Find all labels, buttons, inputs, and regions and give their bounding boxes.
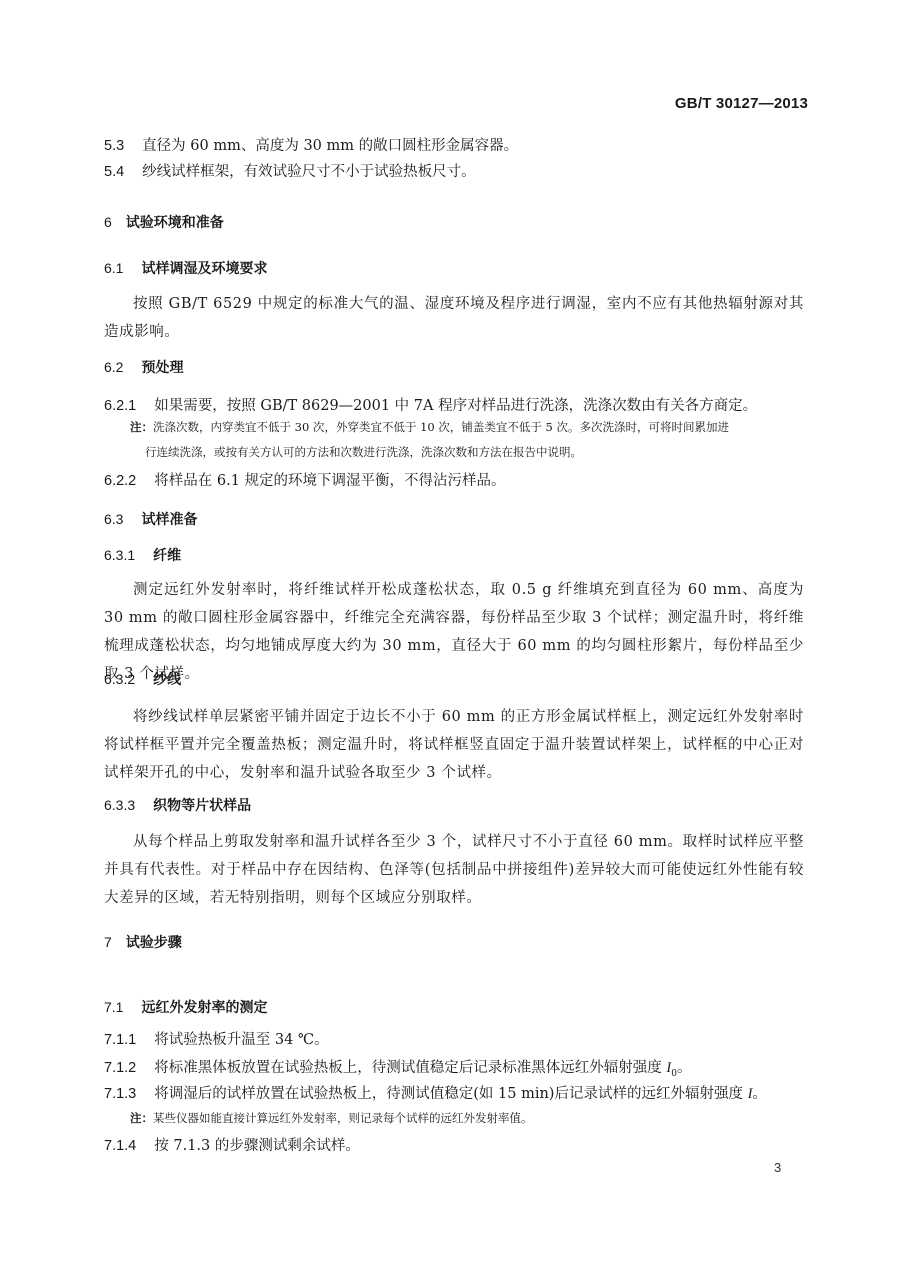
section-number: 6.1 [104, 258, 123, 278]
clause-end: 。 [677, 1060, 692, 1076]
section-6-3-3-body: 从每个样品上剪取发射率和温升试样各至少 3 个，试样尺寸不小于直径 60 mm。… [104, 828, 804, 912]
clause-text: 将试验热板升温至 34 ℃。 [154, 1032, 328, 1048]
clause-7-1-3: 7.1.3将调湿后的试样放置在试验热板上，待测试值稳定(如 15 min)后记录… [104, 1084, 767, 1104]
section-number: 6.3.1 [104, 545, 135, 565]
clause-end: 。 [752, 1086, 767, 1102]
section-title: 织物等片状样品 [153, 798, 251, 814]
section-6-heading: 6试验环境和准备 [104, 212, 224, 233]
section-title: 预处理 [141, 360, 183, 376]
section-number: 6.3.3 [104, 795, 135, 815]
page-number: 3 [774, 1160, 781, 1175]
clause-text: 按 7.1.3 的步骤测试剩余试样。 [154, 1138, 360, 1154]
section-title: 纤维 [153, 548, 181, 564]
note-6-2-1-continued: 行连续洗涤，或按有关方认可的方法和次数进行洗涤，洗涤次数和方法在报告中说明。 [145, 441, 582, 464]
section-6-3-1-body: 测定远红外发射率时，将纤维试样开松成蓬松状态，取 0.5 g 纤维填充到直径为 … [104, 576, 804, 688]
section-number: 6.3 [104, 509, 123, 529]
clause-text: 如果需要，按照 GB/T 8629—2001 中 7A 程序对样品进行洗涤，洗涤… [154, 398, 757, 414]
clause-5-4: 5.4纱线试样框架，有效试验尺寸不小于试验热板尺寸。 [104, 162, 476, 182]
note-text: 某些仪器如能直接计算远红外发射率，则记录每个试样的远红外发射率值。 [153, 1111, 533, 1125]
clause-number: 7.1.2 [104, 1058, 136, 1078]
section-title: 试样调湿及环境要求 [141, 261, 267, 277]
section-number: 7 [104, 932, 112, 952]
section-6-1-heading: 6.1试样调湿及环境要求 [104, 258, 267, 279]
section-6-1-body: 按照 GB/T 6529 中规定的标准大气的温、湿度环境及程序进行调湿，室内不应… [104, 290, 804, 346]
section-6-3-3-heading: 6.3.3织物等片状样品 [104, 795, 251, 816]
clause-number: 6.2.1 [104, 396, 136, 416]
clause-7-1-1: 7.1.1将试验热板升温至 34 ℃。 [104, 1030, 329, 1050]
clause-6-2-1: 6.2.1如果需要，按照 GB/T 8629—2001 中 7A 程序对样品进行… [104, 396, 757, 416]
section-title: 纱线 [153, 672, 181, 688]
clause-text: 将标准黑体板放置在试验热板上，待测试值稳定后记录标准黑体远红外辐射强度 [154, 1060, 666, 1076]
note-label: 注： [130, 420, 153, 434]
clause-number: 5.4 [104, 162, 124, 182]
clause-number: 7.1.3 [104, 1084, 136, 1104]
clause-5-3: 5.3直径为 60 mm、高度为 30 mm 的敞口圆柱形金属容器。 [104, 136, 518, 156]
standard-header: GB/T 30127—2013 [675, 95, 808, 112]
section-number: 6 [104, 212, 112, 232]
clause-7-1-4: 7.1.4按 7.1.3 的步骤测试剩余试样。 [104, 1136, 360, 1156]
section-number: 6.2 [104, 357, 123, 377]
section-6-3-heading: 6.3试样准备 [104, 509, 197, 530]
note-7-1-3: 注：某些仪器如能直接计算远红外发射率，则记录每个试样的远红外发射率值。 [130, 1107, 533, 1130]
note-6-2-1: 注：洗涤次数，内穿类宜不低于 30 次，外穿类宜不低于 10 次，铺盖类宜不低于… [130, 416, 729, 439]
clause-number: 5.3 [104, 136, 124, 156]
section-title: 试验步骤 [126, 935, 182, 951]
note-text: 洗涤次数，内穿类宜不低于 30 次，外穿类宜不低于 10 次，铺盖类宜不低于 5… [153, 420, 729, 434]
section-number: 6.3.2 [104, 669, 135, 689]
section-title: 试验环境和准备 [126, 215, 224, 231]
clause-text: 将样品在 6.1 规定的环境下调湿平衡，不得沾污样品。 [154, 473, 505, 489]
section-title: 远红外发射率的测定 [141, 1000, 267, 1016]
section-number: 7.1 [104, 997, 123, 1017]
section-6-2-heading: 6.2预处理 [104, 357, 183, 378]
clause-number: 6.2.2 [104, 471, 136, 491]
clause-6-2-2: 6.2.2将样品在 6.1 规定的环境下调湿平衡，不得沾污样品。 [104, 471, 506, 491]
clause-number: 7.1.4 [104, 1136, 136, 1156]
section-6-3-2-body: 将纱线试样单层紧密平铺并固定于边长不小于 60 mm 的正方形金属试样框上，测定… [104, 703, 804, 787]
clause-number: 7.1.1 [104, 1030, 136, 1050]
clause-text: 将调湿后的试样放置在试验热板上，待测试值稳定(如 15 min)后记录试样的远红… [154, 1086, 747, 1102]
note-label: 注： [130, 1111, 153, 1125]
section-6-3-1-heading: 6.3.1纤维 [104, 545, 181, 566]
section-7-1-heading: 7.1远红外发射率的测定 [104, 997, 267, 1018]
clause-text: 纱线试样框架，有效试验尺寸不小于试验热板尺寸。 [142, 164, 476, 180]
section-title: 试样准备 [141, 512, 197, 528]
clause-7-1-2: 7.1.2将标准黑体板放置在试验热板上，待测试值稳定后记录标准黑体远红外辐射强度… [104, 1058, 691, 1084]
clause-text: 直径为 60 mm、高度为 30 mm 的敞口圆柱形金属容器。 [142, 138, 518, 154]
section-7-heading: 7试验步骤 [104, 932, 182, 953]
section-6-3-2-heading: 6.3.2纱线 [104, 669, 181, 690]
